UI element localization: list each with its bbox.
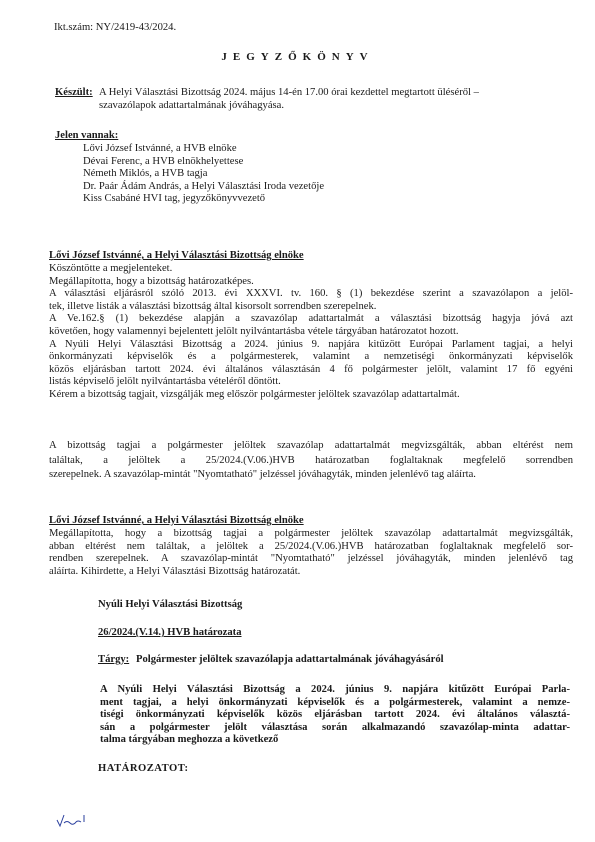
- section2-line: A bizottság tagjai a polgármester jelölt…: [49, 440, 573, 453]
- section1-line: önkormányzati képviselők és a polgármest…: [49, 351, 573, 364]
- handwritten-initials: [55, 812, 89, 831]
- resolution-number: 26/2024.(V.14.) HVB határozata: [98, 627, 242, 640]
- section1-line: követően, hogy valamennyi bejelentett je…: [49, 326, 573, 339]
- section1-body: Köszöntötte a megjelenteket. Megállapíto…: [49, 263, 573, 402]
- resolution-line: talma tárgyában meghozza a következő: [100, 734, 570, 747]
- section3-body: Megállapította, hogy a bizottság tagjai …: [49, 528, 573, 578]
- filing-number: Ikt.szám: NY/2419-43/2024.: [54, 22, 176, 35]
- section1-line: közös eljárásban tartott 2024. évi által…: [49, 364, 573, 377]
- present-member: Dévai Ferenc, a HVB elnökhelyettese: [83, 156, 324, 169]
- section1-line: A Ve.162.§ (1) bekezdése alapján a szava…: [49, 313, 573, 326]
- section1-line: Megállapította, hogy a bizottság határoz…: [49, 276, 573, 289]
- section2-line: szerepelnek. A szavazólap-mintát "Nyomta…: [49, 469, 573, 482]
- section2-line: találtak, a jelöltek a 25/2024.(V.06.)HV…: [49, 455, 573, 468]
- made-label: Készült:: [55, 87, 93, 100]
- signature-scribble-icon: [55, 812, 89, 828]
- section1-line: A Nyúli Helyi Választási Bizottság a 202…: [49, 339, 573, 352]
- present-member: Kiss Csabáné HVI tag, jegyzőkönyvvezető: [83, 193, 324, 206]
- made-line-1: A Helyi Választási Bizottság 2024. május…: [99, 87, 479, 100]
- section1-line: Köszöntötte a megjelenteket.: [49, 263, 573, 276]
- section1-line: A választási eljárásról szóló 2013. évi …: [49, 288, 573, 301]
- section1-line: Kérem a bizottság tagjait, vizsgálják me…: [49, 389, 573, 402]
- present-members-list: Lővi József Istvánné, a HVB elnöke Dévai…: [83, 143, 324, 206]
- section1-heading: Lővi József Istvánné, a Helyi Választási…: [49, 250, 304, 263]
- section3-line: Megállapította, hogy a bizottság tagjai …: [49, 528, 573, 541]
- resolution-text: A Nyúli Helyi Választási Bizottság a 202…: [100, 684, 570, 747]
- present-member: Dr. Paár Ádám András, a Helyi Választási…: [83, 181, 324, 194]
- document-title: JEGYZŐKÖNYV: [0, 51, 595, 63]
- resolution-line: A Nyúli Helyi Választási Bizottság a 202…: [100, 684, 570, 697]
- section2-body: A bizottság tagjai a polgármester jelölt…: [49, 440, 573, 482]
- section1-line: listás képviselő jelölt nyilvántartásba …: [49, 376, 573, 389]
- section3-line: abban eltérést nem találtak, a jelöltek …: [49, 541, 573, 554]
- resolution-line: tiségi önkormányzati képviselők közös el…: [100, 709, 570, 722]
- decision-heading: HATÁROZATOT:: [98, 763, 189, 776]
- present-member: Lővi József Istvánné, a HVB elnöke: [83, 143, 324, 156]
- section3-line: rendben szerepelnek. A szavazólap-mintát…: [49, 553, 573, 566]
- resolution-subject-label: Tárgy:: [98, 654, 129, 667]
- present-member: Németh Miklós, a HVB tagja: [83, 168, 324, 181]
- resolution-subject: Polgármester jelöltek szavazólapja adatt…: [136, 654, 444, 667]
- section3-heading: Lővi József Istvánné, a Helyi Választási…: [49, 515, 304, 528]
- resolution-line: ment tagjai, a helyi önkormányzati képvi…: [100, 697, 570, 710]
- present-label: Jelen vannak:: [55, 130, 118, 143]
- resolution-line: sán a polgármester jelölt választása sor…: [100, 722, 570, 735]
- section1-line: tek, illetve listák a választási bizotts…: [49, 301, 573, 314]
- section3-line: aláírta. Kihirdette, a Helyi Választási …: [49, 566, 573, 579]
- made-line-2: szavazólapok adattartalmának jóváhagyása…: [99, 100, 284, 113]
- resolution-body-name: Nyúli Helyi Választási Bizottság: [98, 599, 242, 612]
